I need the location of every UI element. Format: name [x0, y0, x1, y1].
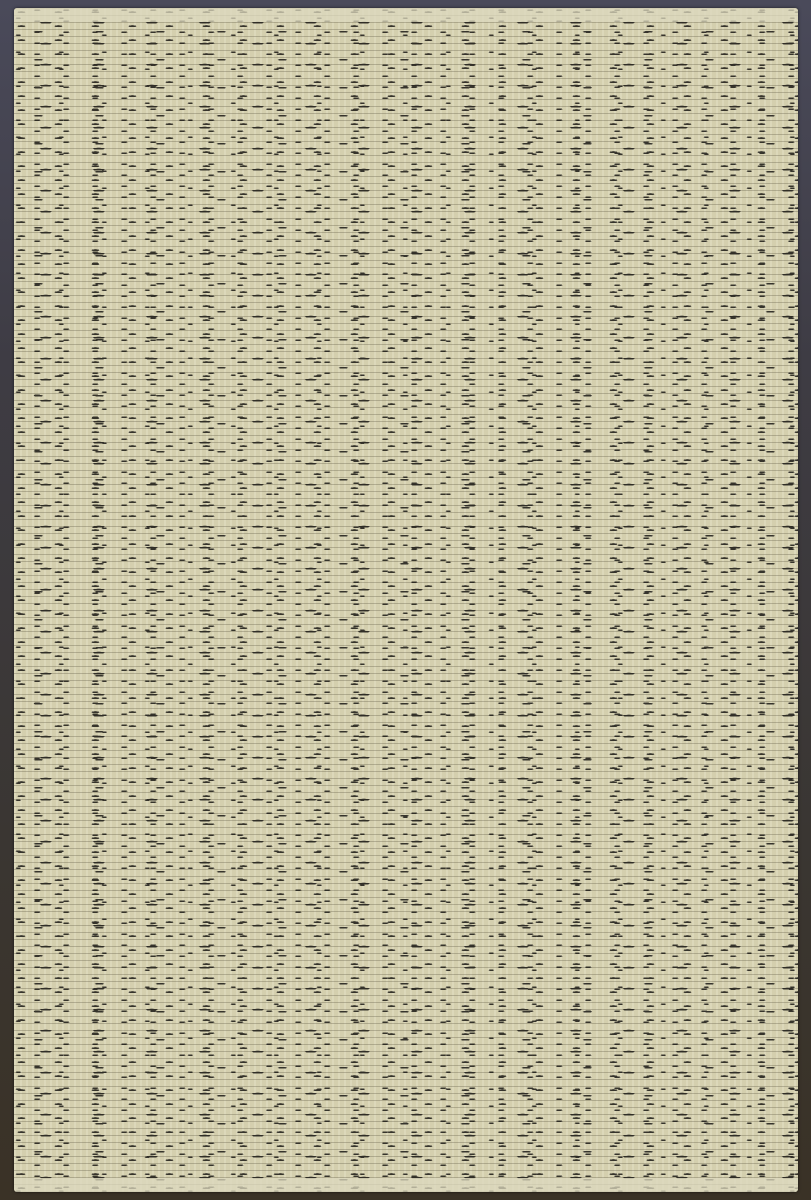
rug-bottom-edge [14, 1178, 798, 1192]
background: Cream/ivory looped-pile rug with scatter… [0, 0, 811, 1200]
rug-top-edge [14, 8, 798, 22]
rug [14, 8, 798, 1192]
